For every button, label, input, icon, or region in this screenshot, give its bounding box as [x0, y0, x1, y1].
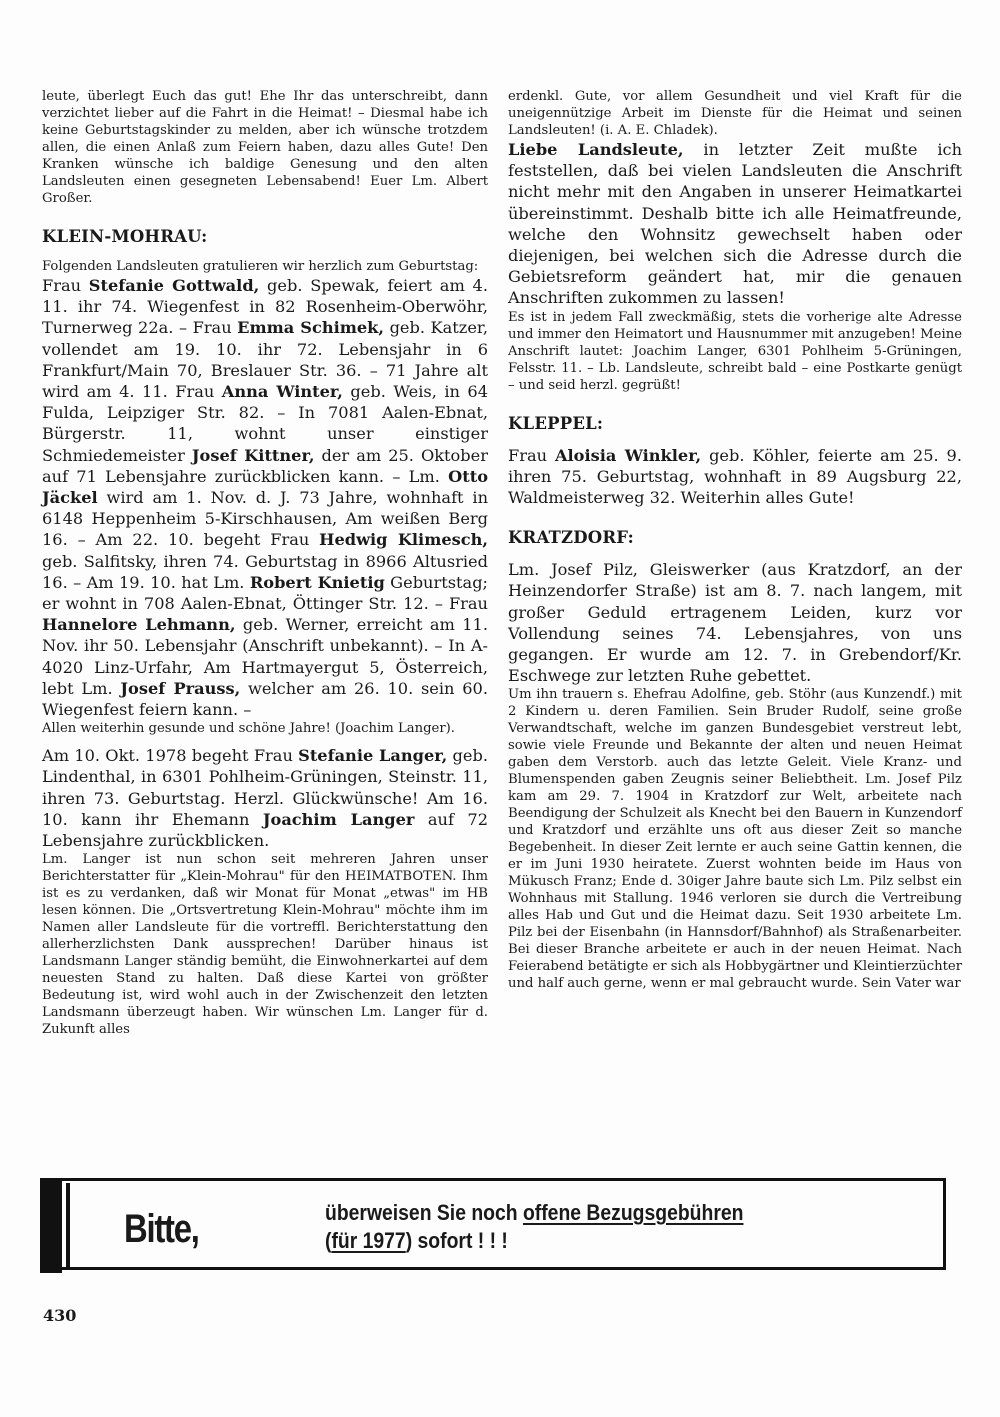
person-name: Josef Prauss,	[120, 679, 240, 698]
text: in letzter Zeit mußte ich feststellen, d…	[508, 140, 962, 307]
greeting-paragraph: Folgenden Landsleuten gratulieren wir he…	[42, 258, 488, 275]
intro-paragraph: leute, überlegt Euch das gut! Ehe Ihr da…	[42, 88, 488, 207]
person-name: Hedwig Klimesch,	[319, 530, 488, 549]
underlined-text: für 1977	[331, 1228, 405, 1253]
tribute-paragraph: Lm. Langer ist nun schon seit mehreren J…	[42, 851, 488, 1038]
birthdays-paragraph: Frau Stefanie Gottwald, geb. Spewak, fei…	[42, 275, 488, 720]
person-name: Anna Winter,	[222, 382, 343, 401]
left-column: leute, überlegt Euch das gut! Ehe Ihr da…	[42, 88, 488, 1038]
section-heading-kleppel: KLEPPEL:	[508, 414, 962, 433]
text: überweisen Sie noch	[325, 1200, 523, 1225]
langer-birthday-paragraph: Am 10. Okt. 1978 begeht Frau Stefanie La…	[42, 745, 488, 851]
section-heading-kratzdorf: KRATZDORF:	[508, 528, 962, 547]
person-name: Stefanie Langer,	[298, 746, 447, 765]
closing-wish: Allen weiterhin gesunde und schöne Jahre…	[42, 720, 488, 737]
person-name: Joachim Langer	[263, 810, 415, 829]
banner-message: überweisen Sie noch offene Bezugsgebühre…	[325, 1199, 743, 1255]
right-column: erdenkl. Gute, vor allem Gesundheit und …	[508, 88, 962, 992]
person-name: Emma Schimek,	[237, 318, 384, 337]
underlined-text: offene Bezugsgebühren	[523, 1200, 744, 1225]
page-number: 430	[43, 1306, 76, 1325]
person-name: Josef Kittner,	[192, 446, 315, 465]
appeal-lead: Liebe Landsleute,	[508, 140, 684, 159]
obituary-details: Um ihn trauern s. Ehefrau Adolfine, geb.…	[508, 686, 962, 992]
continuation-paragraph: erdenkl. Gute, vor allem Gesundheit und …	[508, 88, 962, 139]
banner-bitte: Bitte,	[124, 1207, 199, 1252]
text: ) sofort ! ! !	[406, 1228, 508, 1253]
text: Am 10. Okt. 1978 begeht Frau	[42, 746, 298, 765]
person-name: Aloisia Winkler,	[555, 446, 701, 465]
person-name: Hannelore Lehmann,	[42, 615, 235, 634]
banner-line-2: (für 1977) sofort ! ! !	[325, 1227, 743, 1255]
address-note: Es ist in jedem Fall zweckmäßig, stets d…	[508, 309, 962, 394]
section-heading-klein-mohrau: KLEIN-MOHRAU:	[42, 227, 488, 246]
person-name: Stefanie Gottwald,	[89, 276, 259, 295]
payment-reminder-banner: Bitte, überweisen Sie noch offene Bezugs…	[40, 1178, 946, 1270]
banner-line-1: überweisen Sie noch offene Bezugsgebühre…	[325, 1199, 743, 1227]
text: Frau	[508, 446, 555, 465]
kleppel-paragraph: Frau Aloisia Winkler, geb. Köhler, feier…	[508, 445, 962, 509]
text: Frau	[42, 276, 89, 295]
banner-bar-decoration	[40, 1178, 62, 1273]
person-name: Robert Knietig	[250, 573, 385, 592]
obituary-paragraph: Lm. Josef Pilz, Gleiswerker (aus Kratzdo…	[508, 559, 962, 686]
banner-bar-decoration	[66, 1183, 70, 1269]
appeal-paragraph: Liebe Landsleute, in letzter Zeit mußte …	[508, 139, 962, 309]
